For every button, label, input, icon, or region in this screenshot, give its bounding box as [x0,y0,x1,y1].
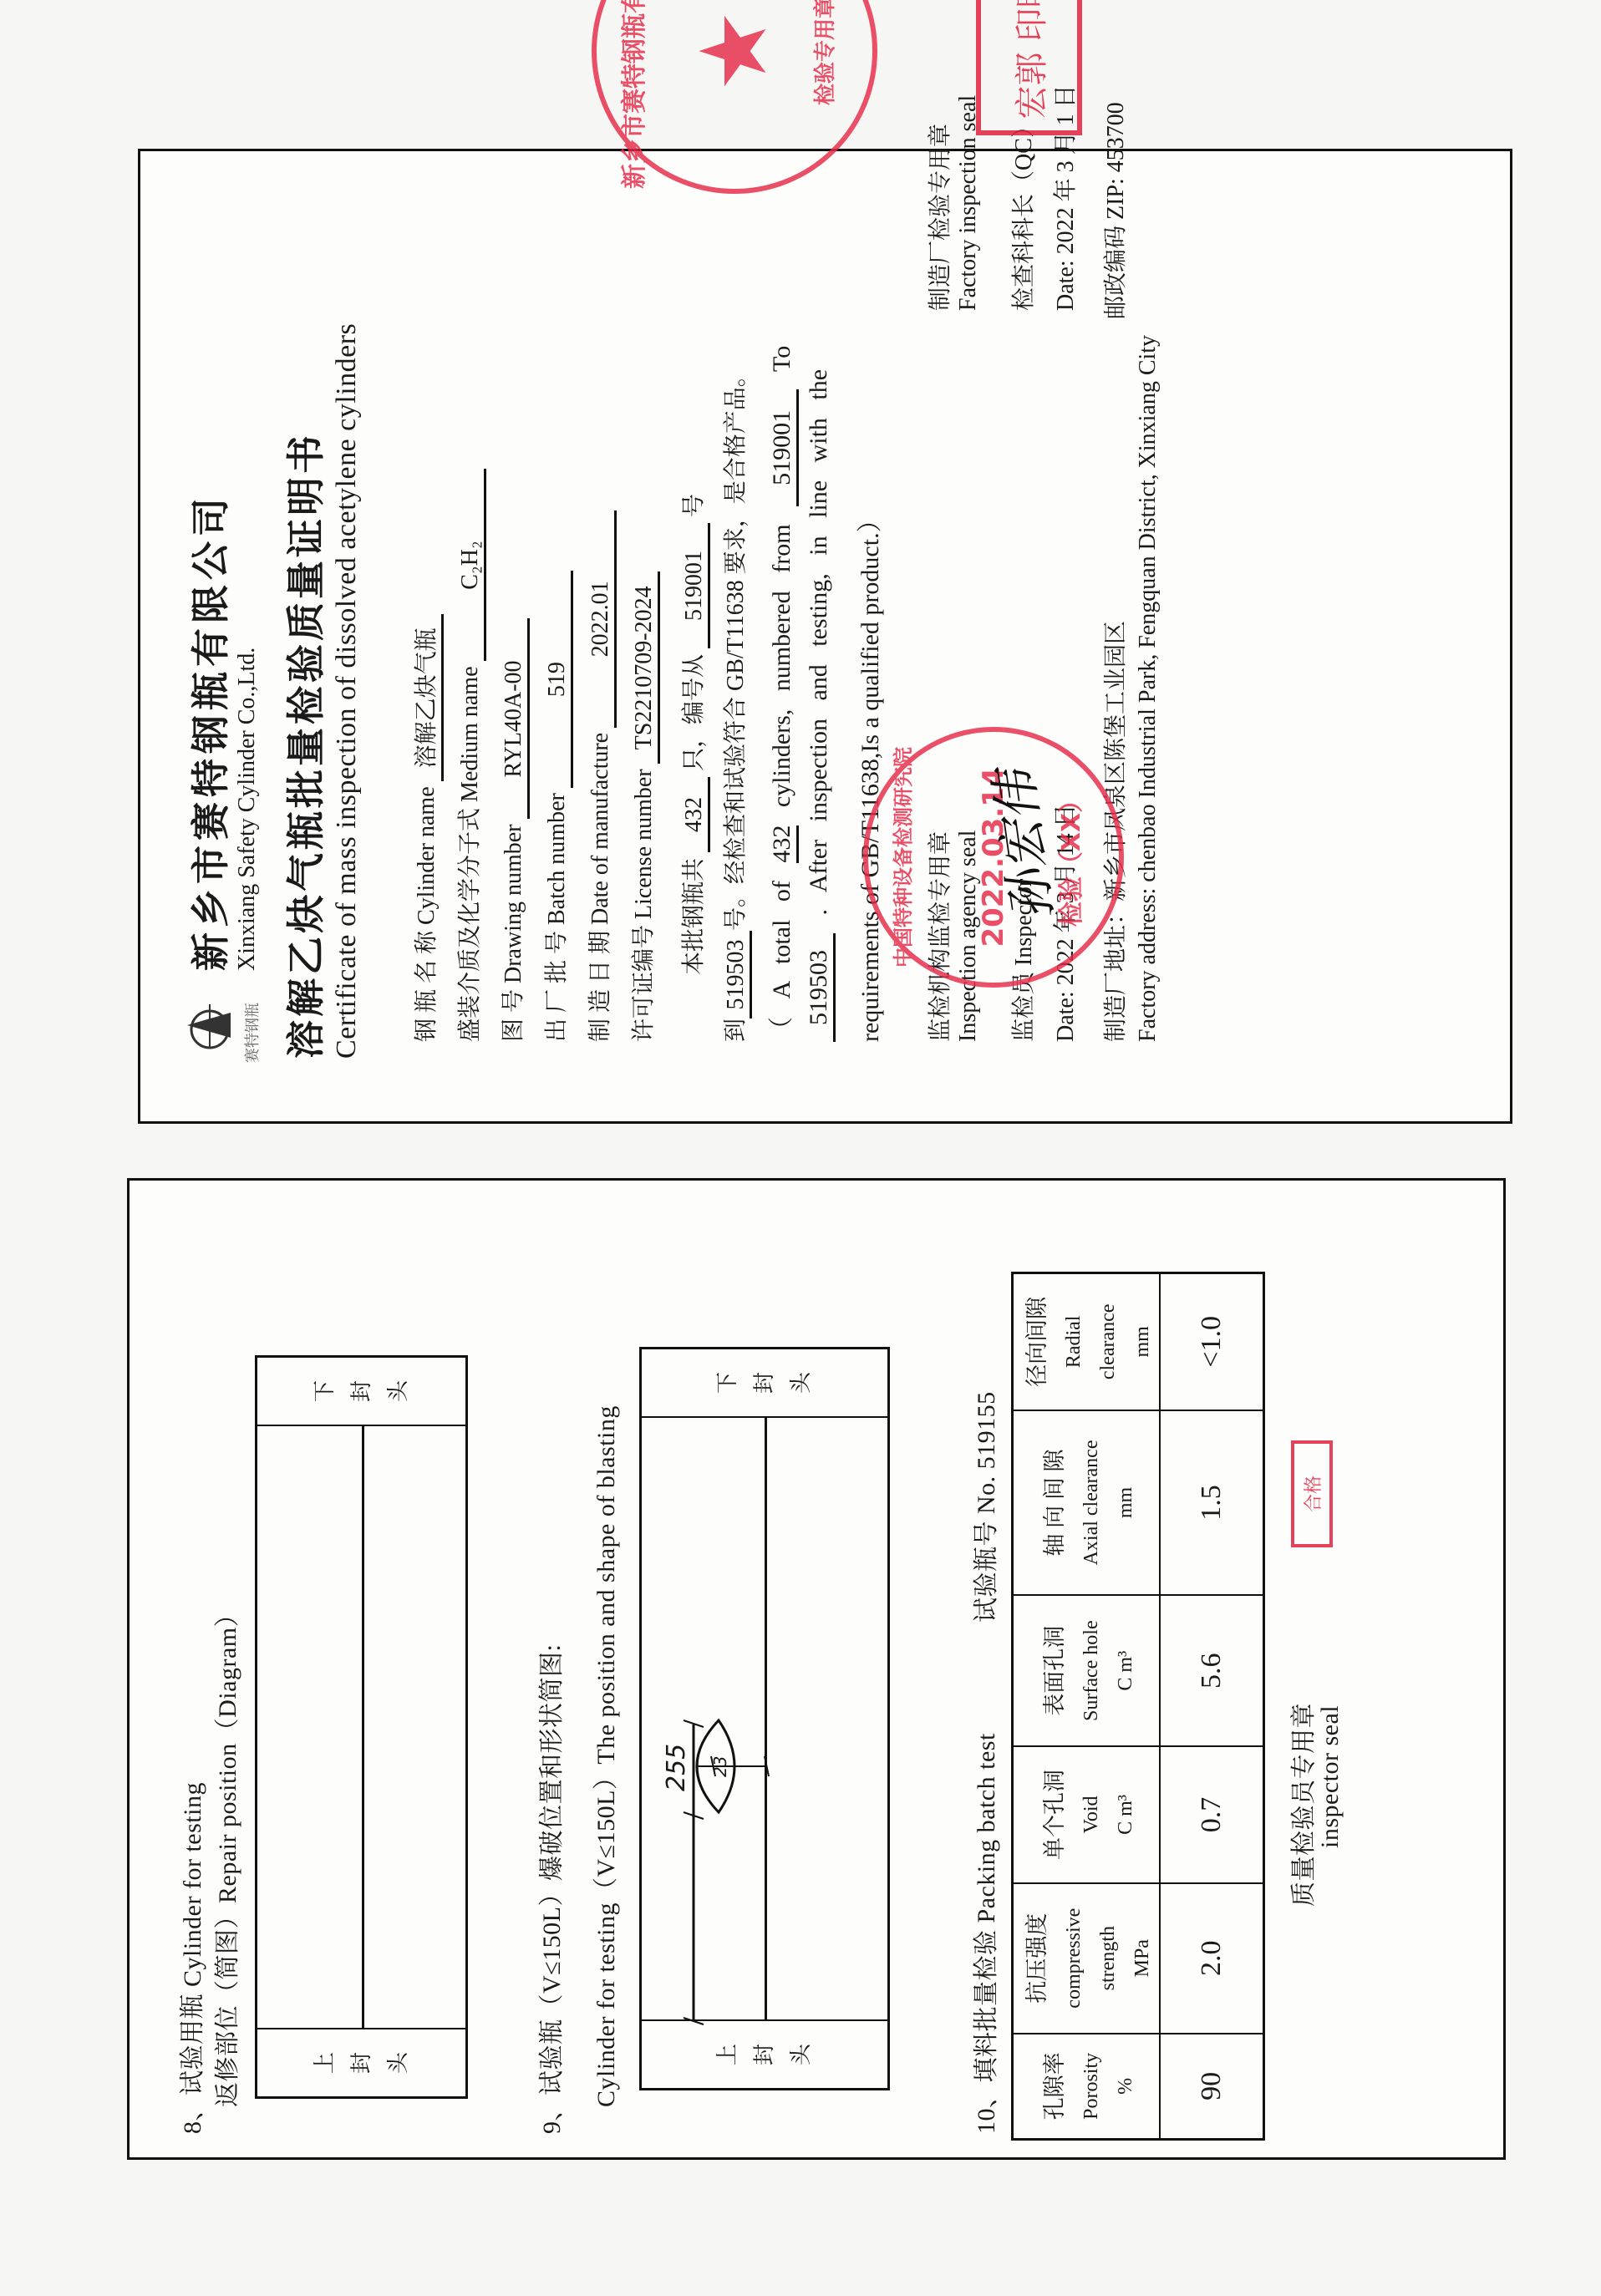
repair-position-diagram: 上封头 下封头 [255,1355,468,2099]
qc-seal-label-en: inspector seal [1316,1705,1344,1848]
table-cell: 5.6 [1160,1595,1264,1746]
table-header-cell: 孔隙率 Porosity % [1013,2034,1161,2140]
star-icon: ★ [689,10,780,93]
qc-seal-label-cn: 质量检验员专用章 [1283,1703,1319,1907]
field-label: 盛装介质及化学分子式 Medium name [457,666,483,1042]
certificate-field: 出 厂 批 号 Batch number519 [538,407,582,1042]
blasting-position-diagram: 上封头 下封头 255 23 [639,1347,890,2090]
bottom-head-label: 下封头 [257,1358,465,1426]
qc-chief-label: 检查科科长（QC） [1005,114,1039,311]
field-label: 图 号 Drawing number [501,824,526,1042]
statement-en-line1: （ A total of 432 cylinders, numbered fro… [760,346,799,1042]
inspector-seal-stamp: 合格 [1291,1440,1333,1547]
section-8-title: 8、试验用瓶 Cylinder for testing [171,1782,208,2134]
certificate-title-en: Certificate of mass inspection of dissol… [331,323,363,1059]
logo-text: 赛特钢瓶 [241,1003,262,1063]
blast-width-annotation: 23 [710,1756,730,1777]
factory-address-en: Factory address: chenbao Industrial Park… [1135,335,1161,1042]
field-value: TS2210709-2024 [631,571,660,764]
table-header-cell: 表面孔洞 Surface hole C m³ [1013,1595,1161,1746]
certificate-field: 图 号 Drawing numberRYL40A-00 [495,407,538,1042]
field-value: RYL40A-00 [501,618,530,819]
statement-cn-line2: 到519503号。经检查和试验符合 GB/T11638 要求，是合格产品。 [717,363,752,1042]
packing-batch-table: 孔隙率 Porosity %抗压强度 compressive strength … [1011,1272,1265,2141]
table-header-cell: 轴 向 间 隙 Axial clearance mm [1013,1410,1161,1596]
field-value: C₂H₂ [457,469,486,661]
field-value: 519 [544,571,573,788]
table-header-cell: 抗压强度 compressive strength MPa [1013,1883,1161,2034]
section-8-subtitle: 返修部位（简图）Repair position（Diagram） [206,1602,243,2107]
field-label: 制 造 日 期 Date of manufacture [587,733,613,1042]
section-9-title: 9、试验瓶（V≤150L）爆破位置和形状简图: [531,1644,567,2134]
statement-en-line2: 519503 . After inspection and testing, i… [805,369,836,1042]
certificate-fields: 钢 瓶 名 称 Cylinder name溶解乙炔气瓶盛装介质及化学分子式 Me… [408,407,668,1042]
company-logo-icon [180,996,239,1054]
table-cell: 2.0 [1160,1883,1264,2034]
factory-seal-label-cn: 制造厂检验专用章 [922,124,955,311]
field-label: 出 厂 批 号 Batch number [544,793,570,1042]
company-name-en: Xinxiang Safety Cylinder Co.,Ltd. [234,648,261,971]
certificate-field: 制 造 日 期 Date of manufacture2022.01 [582,407,625,1042]
blast-shape-sketch [642,1344,892,2088]
rotated-scan: 8、试验用瓶 Cylinder for testing 返修部位（简图）Repa… [0,0,1601,2296]
certificate-title-cn: 溶解乙炔气瓶批量检验质量证明书 [276,432,331,1059]
zip-code: 邮政编码 ZIP: 453700 [1097,102,1131,319]
field-label: 钢 瓶 名 称 Cylinder name [414,786,440,1042]
certificate-field: 许可证编号 License numberTS2210709-2024 [625,407,668,1042]
field-value: 2022.01 [587,511,617,728]
section-9-subtitle: Cylinder for testing（V≤150L）The position… [585,1405,622,2107]
cylinder-centerline [362,1425,364,2029]
table-header-cell: 径向间隙 Radial clearance mm [1013,1273,1161,1410]
statement-en-line3: requirements of GB/T11638,Is a qualified… [849,507,886,1042]
table-cell: 0.7 [1160,1746,1264,1882]
test-bottle-number: 试验瓶号 No. 519155 [965,1391,1002,1623]
statement-cn-line1: 本批钢瓶共 432 只，编号从 519001 号 [675,494,710,975]
table-cell: <1.0 [1160,1273,1264,1410]
factory-inspection-seal: 新乡市赛特钢瓶有限公司 ★ 检验专用章 [592,0,877,194]
table-header-cell: 单个孔洞 Void C m³ [1013,1746,1161,1882]
test-results-page: 8、试验用瓶 Cylinder for testing 返修部位（简图）Repa… [127,1178,1506,2160]
top-head-label: 上封头 [257,2028,465,2096]
table-cell: 90 [1160,2034,1264,2140]
certificate-field: 盛装介质及化学分子式 Medium nameC₂H₂ [451,407,495,1042]
qc-name-chop: 宏郭 印明 [976,0,1082,135]
table-cell: 1.5 [1160,1410,1264,1596]
field-label: 许可证编号 License number [631,769,657,1042]
table-header-row: 孔隙率 Porosity %抗压强度 compressive strength … [1013,1273,1161,2140]
certificate-page: 赛特钢瓶 新乡市赛特钢瓶有限公司 Xinxiang Safety Cylinde… [138,149,1512,1124]
blast-length-annotation: 255 [662,1744,691,1791]
certificate-field: 钢 瓶 名 称 Cylinder name溶解乙炔气瓶 [408,407,451,1042]
company-name-cn: 新乡市赛特钢瓶有限公司 [180,493,236,971]
field-value: 溶解乙炔气瓶 [408,614,444,781]
section-10-title: 10、填料批量检验 Packing batch test [965,1733,1002,2134]
table-row: 902.00.75.61.5<1.0 [1160,1273,1264,2140]
